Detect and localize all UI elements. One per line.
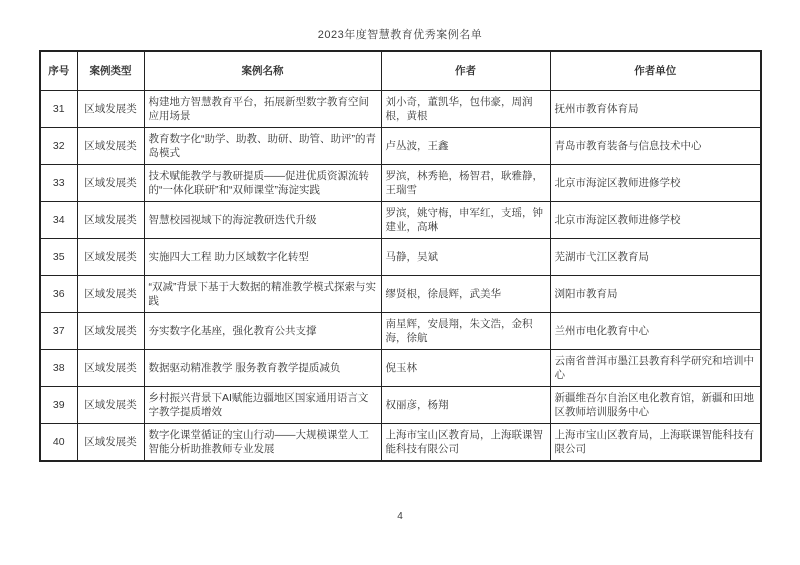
case-name-cell: 数字化课堂循证的宝山行动——大规模课堂人工智能分析助推教师专业发展 [144, 424, 381, 462]
case-type-cell: 区域发展类 [77, 276, 144, 313]
unit-cell: 浏阳市教育局 [550, 276, 761, 313]
case-number-cell: 35 [40, 239, 77, 276]
case-type-cell: 区域发展类 [77, 239, 144, 276]
authors-cell: 刘小奇，董凯华，包伟豪，周润根，黄根 [381, 91, 550, 128]
authors-cell: 权丽彦，杨翔 [381, 387, 550, 424]
table-body: 31区域发展类构建地方智慧教育平台，拓展新型数字教育空间应用场景刘小奇，董凯华，… [40, 91, 761, 462]
column-header-unit: 作者单位 [550, 51, 761, 91]
case-number-cell: 31 [40, 91, 77, 128]
table-row: 38区域发展类数据驱动精准教学 服务教育教学提质减负倪玉林云南省普洱市墨江县教育… [40, 350, 761, 387]
case-name-cell: 技术赋能教学与教研提质——促进优质资源流转的“一体化联研”和“双师课堂”海淀实践 [144, 165, 381, 202]
authors-cell: 卢丛波，王鑫 [381, 128, 550, 165]
case-name-cell: 构建地方智慧教育平台，拓展新型数字教育空间应用场景 [144, 91, 381, 128]
case-type-cell: 区域发展类 [77, 91, 144, 128]
case-name-cell: 乡村振兴背景下AI赋能边疆地区国家通用语言文字教学提质增效 [144, 387, 381, 424]
table-header-row: 序号 案例类型 案例名称 作者 作者单位 [40, 51, 761, 91]
unit-cell: 青岛市教育装备与信息技术中心 [550, 128, 761, 165]
document-page: 2023年度智慧教育优秀案例名单 序号 案例类型 案例名称 作者 作者单位 31… [0, 0, 800, 565]
table-row: 34区域发展类智慧校园视域下的海淀教研迭代升级罗滨，姚守梅，申军红，支瑶，钟建业… [40, 202, 761, 239]
table-row: 31区域发展类构建地方智慧教育平台，拓展新型数字教育空间应用场景刘小奇，董凯华，… [40, 91, 761, 128]
case-type-cell: 区域发展类 [77, 424, 144, 462]
case-type-cell: 区域发展类 [77, 202, 144, 239]
table-row: 32区域发展类教育数字化“助学、助教、助研、助管、助评”的青岛模式卢丛波，王鑫青… [40, 128, 761, 165]
case-number-cell: 39 [40, 387, 77, 424]
column-header-case-type: 案例类型 [77, 51, 144, 91]
document-title: 2023年度智慧教育优秀案例名单 [0, 26, 800, 42]
unit-cell: 芜湖市弋江区教育局 [550, 239, 761, 276]
case-number-cell: 37 [40, 313, 77, 350]
case-number-cell: 32 [40, 128, 77, 165]
authors-cell: 倪玉林 [381, 350, 550, 387]
column-header-authors: 作者 [381, 51, 550, 91]
table-row: 33区域发展类技术赋能教学与教研提质——促进优质资源流转的“一体化联研”和“双师… [40, 165, 761, 202]
case-name-cell: 夯实数字化基座，强化教育公共支撑 [144, 313, 381, 350]
authors-cell: 罗滨，林秀艳，杨智君，耿雅静，王瑞雪 [381, 165, 550, 202]
case-number-cell: 34 [40, 202, 77, 239]
page-number: 4 [0, 511, 800, 522]
authors-cell: 马静，吴斌 [381, 239, 550, 276]
table-row: 37区域发展类夯实数字化基座，强化教育公共支撑南星辉，安晨翔，朱文浩，金积海，徐… [40, 313, 761, 350]
case-type-cell: 区域发展类 [77, 387, 144, 424]
table-row: 35区域发展类实施四大工程 助力区域数字化转型马静，吴斌芜湖市弋江区教育局 [40, 239, 761, 276]
authors-cell: 上海市宝山区教育局，上海联课智能科技有限公司 [381, 424, 550, 462]
case-number-cell: 38 [40, 350, 77, 387]
case-name-cell: 教育数字化“助学、助教、助研、助管、助评”的青岛模式 [144, 128, 381, 165]
case-number-cell: 33 [40, 165, 77, 202]
case-number-cell: 40 [40, 424, 77, 462]
case-type-cell: 区域发展类 [77, 313, 144, 350]
case-number-cell: 36 [40, 276, 77, 313]
unit-cell: 新疆维吾尔自治区电化教育馆，新疆和田地区教师培训服务中心 [550, 387, 761, 424]
unit-cell: 北京市海淀区教师进修学校 [550, 165, 761, 202]
unit-cell: 上海市宝山区教育局，上海联课智能科技有限公司 [550, 424, 761, 462]
case-name-cell: 实施四大工程 助力区域数字化转型 [144, 239, 381, 276]
case-type-cell: 区域发展类 [77, 165, 144, 202]
table-row: 39区域发展类乡村振兴背景下AI赋能边疆地区国家通用语言文字教学提质增效权丽彦，… [40, 387, 761, 424]
table-row: 36区域发展类“双减”背景下基于大数据的精准教学模式探索与实践缪贤根，徐晨辉，武… [40, 276, 761, 313]
case-name-cell: “双减”背景下基于大数据的精准教学模式探索与实践 [144, 276, 381, 313]
case-name-cell: 智慧校园视域下的海淀教研迭代升级 [144, 202, 381, 239]
authors-cell: 南星辉，安晨翔，朱文浩，金积海，徐航 [381, 313, 550, 350]
table-row: 40区域发展类数字化课堂循证的宝山行动——大规模课堂人工智能分析助推教师专业发展… [40, 424, 761, 462]
authors-cell: 缪贤根，徐晨辉，武美华 [381, 276, 550, 313]
column-header-number: 序号 [40, 51, 77, 91]
unit-cell: 云南省普洱市墨江县教育科学研究和培训中心 [550, 350, 761, 387]
cases-table: 序号 案例类型 案例名称 作者 作者单位 31区域发展类构建地方智慧教育平台，拓… [39, 50, 762, 462]
authors-cell: 罗滨，姚守梅，申军红，支瑶，钟建业，高琳 [381, 202, 550, 239]
unit-cell: 北京市海淀区教师进修学校 [550, 202, 761, 239]
unit-cell: 抚州市教育体育局 [550, 91, 761, 128]
column-header-case-name: 案例名称 [144, 51, 381, 91]
case-type-cell: 区域发展类 [77, 128, 144, 165]
unit-cell: 兰州市电化教育中心 [550, 313, 761, 350]
case-type-cell: 区域发展类 [77, 350, 144, 387]
case-name-cell: 数据驱动精准教学 服务教育教学提质减负 [144, 350, 381, 387]
